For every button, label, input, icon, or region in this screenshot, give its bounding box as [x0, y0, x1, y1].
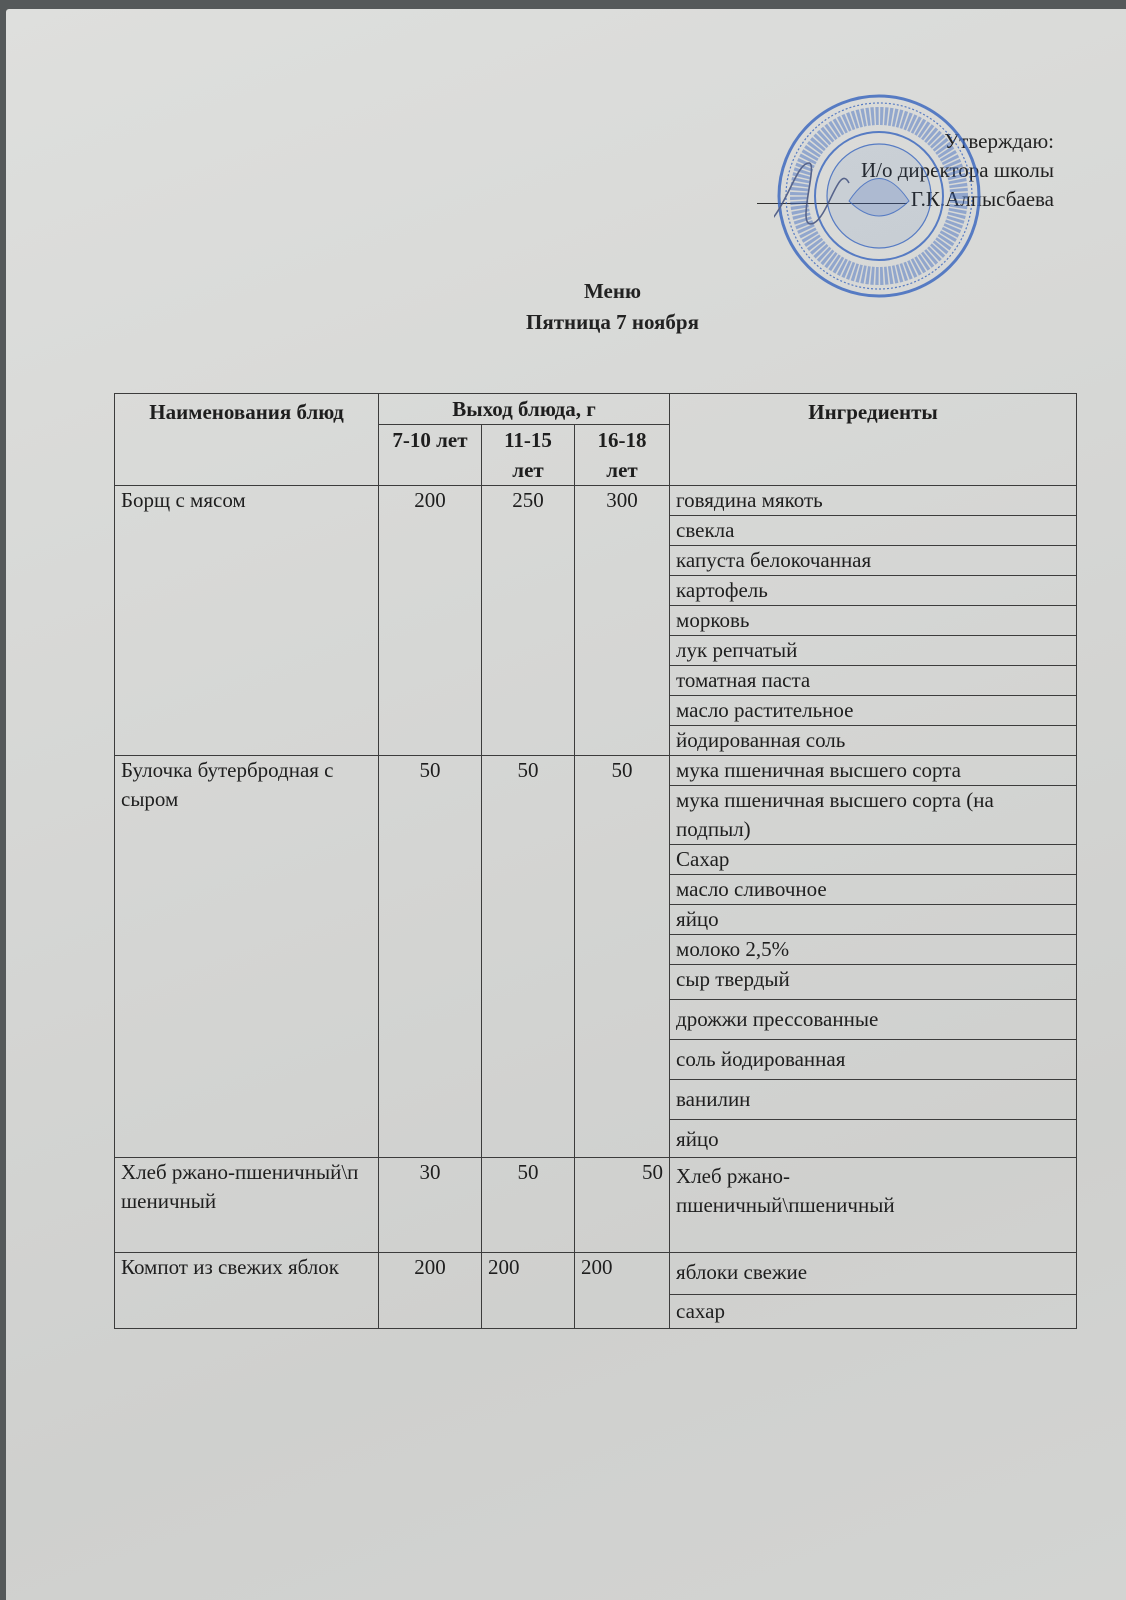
yield-11-15: 50 [482, 756, 575, 1158]
yield-7-10: 200 [379, 1253, 482, 1329]
yield-7-10: 200 [379, 486, 482, 756]
table-row: Булочка бутербродная с сыром 50 50 50 му… [115, 756, 1077, 786]
approval-position: И/о директора школы [757, 156, 1054, 185]
ingredient: Сахар [670, 845, 1077, 875]
yield-11-15: 50 [482, 1158, 575, 1253]
yield-16-18: 50 [575, 1158, 670, 1253]
dish-name: Хлеб ржано-пшеничный\пшеничный [115, 1158, 379, 1253]
yield-11-15: 250 [482, 486, 575, 756]
ingredient: говядина мякоть [670, 486, 1077, 516]
header-row: Наименования блюд Выход блюда, г Ингреди… [115, 394, 1077, 425]
ingredient: яйцо [670, 905, 1077, 935]
header-age-7-10: 7-10 лет [379, 425, 482, 486]
menu-table: Наименования блюд Выход блюда, г Ингреди… [114, 393, 1077, 1329]
yield-16-18: 200 [575, 1253, 670, 1329]
yield-16-18: 50 [575, 756, 670, 1158]
page-title: Меню [6, 279, 1126, 304]
ingredient: мука пшеничная высшего сорта (на подпыл) [670, 786, 1077, 845]
approver-name: Г.К.Алпысбаева [911, 187, 1054, 211]
ingredient: капуста белокочанная [670, 546, 1077, 576]
signature-underline [757, 203, 907, 204]
ingredient: томатная паста [670, 666, 1077, 696]
approval-block: Утверждаю: И/о директора школы Г.К.Алпыс… [757, 127, 1054, 214]
ingredient: ванилин [670, 1080, 1077, 1120]
ingredient: сыр твердый [670, 965, 1077, 1000]
header-age-11-15: 11-15 лет [482, 425, 575, 486]
header-ingredients: Ингредиенты [670, 394, 1077, 486]
ingredient: масло сливочное [670, 875, 1077, 905]
table-row: Компот из свежих яблок 200 200 200 яблок… [115, 1253, 1077, 1295]
ingredient-text: Хлеб ржано-пшеничный\пшеничный [676, 1162, 956, 1220]
table-row: Борщ с мясом 200 250 300 говядина мякоть [115, 486, 1077, 516]
ingredient: молоко 2,5% [670, 935, 1077, 965]
ingredient: морковь [670, 606, 1077, 636]
header-age-16-18: 16-18 лет [575, 425, 670, 486]
document-sheet: Утверждаю: И/о директора школы Г.К.Алпыс… [6, 9, 1126, 1600]
yield-11-15: 200 [482, 1253, 575, 1329]
ingredient: лук репчатый [670, 636, 1077, 666]
header-dish: Наименования блюд [115, 394, 379, 486]
ingredient: яблоки свежие [670, 1253, 1077, 1295]
dish-name: Компот из свежих яблок [115, 1253, 379, 1329]
table-row: Хлеб ржано-пшеничный\пшеничный 30 50 50 … [115, 1158, 1077, 1253]
dish-name: Борщ с мясом [115, 486, 379, 756]
yield-7-10: 50 [379, 756, 482, 1158]
approval-signature-line: Г.К.Алпысбаева [757, 185, 1054, 214]
ingredient: соль йодированная [670, 1040, 1077, 1080]
header-yield: Выход блюда, г [379, 394, 670, 425]
ingredient: йодированная соль [670, 726, 1077, 756]
ingredient: Хлеб ржано-пшеничный\пшеничный [670, 1158, 1077, 1253]
ingredient: свекла [670, 516, 1077, 546]
yield-16-18: 300 [575, 486, 670, 756]
ingredient: дрожжи прессованные [670, 1000, 1077, 1040]
yield-7-10: 30 [379, 1158, 482, 1253]
ingredient: сахар [670, 1295, 1077, 1329]
ingredient: масло растительное [670, 696, 1077, 726]
ingredient: картофель [670, 576, 1077, 606]
ingredient: мука пшеничная высшего сорта [670, 756, 1077, 786]
approval-title: Утверждаю: [757, 127, 1054, 156]
dish-name: Булочка бутербродная с сыром [115, 756, 379, 1158]
ingredient: яйцо [670, 1120, 1077, 1158]
page-subtitle-date: Пятница 7 ноября [6, 310, 1126, 335]
